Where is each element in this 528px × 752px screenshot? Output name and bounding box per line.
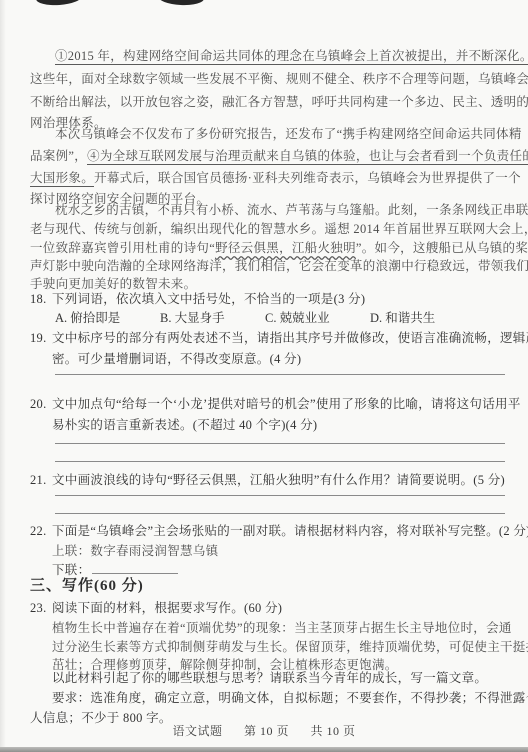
passage-line: 枕水之乡的古镇，不再只有小桥、流水、芦苇荡与乌篷船。此刻，一条条网线正串联古 xyxy=(30,200,512,218)
writing-prompt: 以此材料引起了你的哪些联想与思考？请联系当今青年的成长，写一篇文章。 xyxy=(30,668,512,686)
question-number: 22. xyxy=(30,524,52,539)
option-c: C. 兢兢业业 xyxy=(265,308,330,326)
question-text: 文中加点句“给每一个‘小龙’提供对暗号的机会”使用了形象的比喻，请将这句话用平 xyxy=(52,397,521,411)
passage-text: 一位致辞嘉宾曾引用杜甫的诗句“ xyxy=(30,241,215,255)
footer-page-total: 共 10 页 xyxy=(311,724,356,738)
answer-line xyxy=(55,374,505,375)
question-number: 19. xyxy=(30,331,52,346)
question-20: 20.文中加点句“给每一个‘小龙’提供对暗号的机会”使用了形象的比喻，请将这句话… xyxy=(30,394,512,412)
question-18: 18.下列词语，依次填入文中括号处，不恰当的一项是(3 分) xyxy=(30,289,512,307)
answer-line xyxy=(55,461,505,462)
question-19-cont: 密。可少量增删词语，不得改变原意。(4 分) xyxy=(30,349,512,367)
question-20-cont: 易朴实的语言重新表述。(不超过 40 个字)(4 分) xyxy=(30,415,512,433)
ink-smudge-left xyxy=(36,0,83,7)
ink-smudge-right xyxy=(158,0,205,6)
question-23: 23.阅读下面的材料，根据要求写作。(60 分) xyxy=(30,598,512,616)
question-text: 文中标序号的部分有两处表述不当，请指出其序号并做修改，使语言准确流畅，逻辑严 xyxy=(52,331,528,345)
couplet-upper: 上联：数字春雨浸润智慧乌镇 xyxy=(30,541,512,559)
question-number: 20. xyxy=(30,397,52,412)
passage-text: 开幕式后，联合国官员德扬·亚科夫列维奇表示，乌镇峰会为世界提供了一个 xyxy=(94,171,521,185)
material-line: 过分泌生长素等方式抑制侧芽萌发与生长。保留顶芽，维持顶端优势，可促使主干挺拔 xyxy=(30,637,512,655)
question-text: 下面是“乌镇峰会”主会场张贴的一副对联。请根据材料内容，将对联补写完整。(2 分… xyxy=(52,524,528,538)
answer-line xyxy=(55,513,505,514)
question-text: 阅读下面的材料，根据要求写作。(60 分) xyxy=(52,601,282,615)
page-edge-shadow-bottom xyxy=(0,747,528,752)
footer-page-number: 第 10 页 xyxy=(244,724,289,738)
passage-line: 声灯影中驶向浩瀚的全球网络海洋，我们相信，它会在变革的浪潮中行稳致远，带领我们携 xyxy=(30,256,512,274)
option-b: B. 大显身手 xyxy=(160,308,225,326)
passage-line: 这些年，面对全球数字领域一些发展不平衡、规则不健全、秩序不合理等问题，乌镇峰会正 xyxy=(30,69,512,87)
question-number: 21. xyxy=(30,473,52,488)
question-text: 下列词语，依次填入文中括号处，不恰当的一项是(3 分) xyxy=(52,292,365,306)
material-line: 植物生长中普遍存在着“顶端优势”的现象：当主茎顶芽占据生长主导地位时，会通 xyxy=(30,618,512,636)
passage-line: 品案例”，④为全球互联网发展与治理贡献来自乌镇的体验，也让与会者看到一个负责任的 xyxy=(30,146,512,164)
answer-line xyxy=(55,495,505,496)
passage-line: ①2015 年，构建网络空间命运共同体的理念在乌镇峰会上首次被提出，并不断深化。 xyxy=(30,46,512,64)
question-text: 文中画波浪线的诗句“野径云俱黑，江船火独明”有什么作用？请简要说明。(5 分) xyxy=(52,473,505,487)
question-19: 19.文中标序号的部分有两处表述不当，请指出其序号并做修改，使语言准确流畅，逻辑… xyxy=(30,328,512,346)
page-edge-shadow-left xyxy=(0,0,6,752)
passage-line: 一位致辞嘉宾曾引用杜甫的诗句“野径云俱黑，江船火独明”。如今，这艘船已从乌镇的桨 xyxy=(30,238,512,256)
option-d: D. 和谐共生 xyxy=(370,308,435,326)
passage-text: 品案例”， xyxy=(30,149,87,163)
underlined-sentence-1: ①2015 年，构建网络空间命运共同体的理念在乌镇峰会上首次被提出，并不断深化。 xyxy=(55,49,528,65)
passage-line: 老与现代、传统与创新，编织出现代化的智慧水乡。遥想 2014 年首届世界互联网大… xyxy=(30,219,512,237)
underlined-sentence-4: ④为全球互联网发展与治理贡献来自乌镇的体验，也让与会者看到一个负责任的 xyxy=(87,149,528,165)
question-21: 21.文中画波浪线的诗句“野径云俱黑，江船火独明”有什么作用？请简要说明。(5 … xyxy=(30,470,512,488)
passage-line: 不断给出解法，以开放包容之姿，融汇各方智慧，呼吁共同构建一个多边、民主、透明的互… xyxy=(30,92,512,110)
underlined-sentence-4-cont: 大国形象。 xyxy=(30,171,94,187)
wavy-underlined-verse: 野径云俱黑，江船火独明 xyxy=(215,241,356,255)
passage-text: ”。如今，这艘船已从乌镇的桨 xyxy=(356,241,528,255)
passage-line: 大国形象。开幕式后，联合国官员德扬·亚科夫列维奇表示，乌镇峰会为世界提供了一个 xyxy=(30,168,512,186)
couplet-blank-line xyxy=(92,562,178,574)
footer-title: 语文试题 xyxy=(172,724,222,738)
answer-line xyxy=(55,443,505,444)
writing-requirements: 要求：选准角度，确定立意，明确文体，自拟标题；不要套作，不得抄袭；不得泄露个 xyxy=(30,688,512,706)
question-22: 22.下面是“乌镇峰会”主会场张贴的一副对联。请根据材料内容，将对联补写完整。(… xyxy=(30,521,512,539)
passage-line: 本次乌镇峰会不仅发布了多份研究报告，还发布了“携手构建网络空间命运共同体精 xyxy=(30,124,512,142)
question-number: 18. xyxy=(30,292,52,307)
page-footer: 语文试题 第 10 页 共 10 页 xyxy=(0,722,528,739)
option-a: A. 俯拾即是 xyxy=(55,308,120,326)
section-heading-writing: 三、写作(60 分) xyxy=(30,574,144,595)
question-number: 23. xyxy=(30,601,52,616)
